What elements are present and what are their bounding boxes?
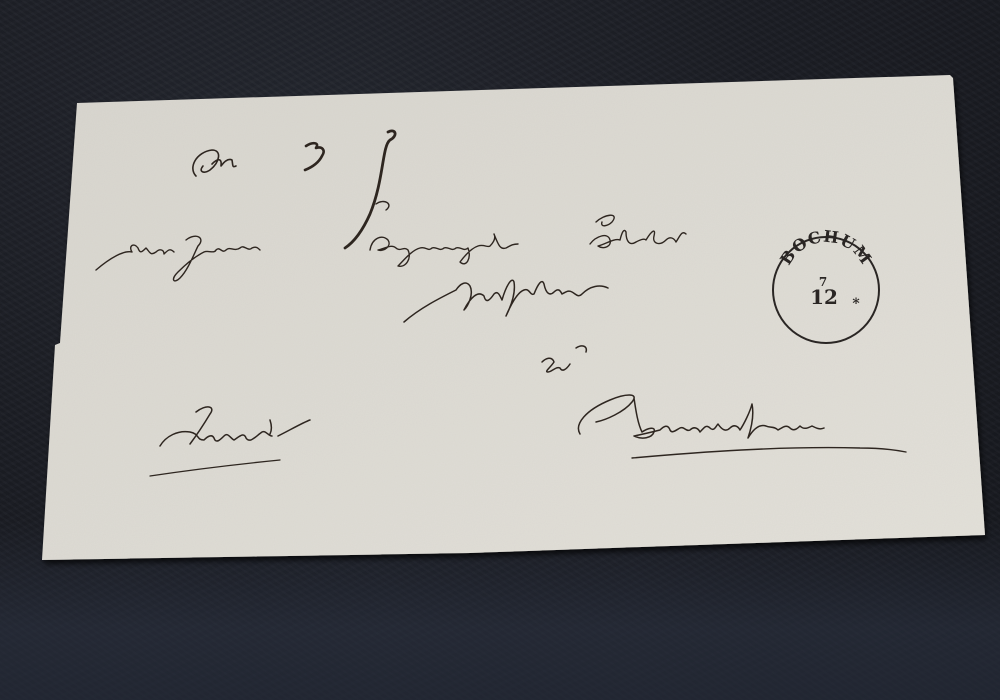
postmark-month: 12 bbox=[810, 285, 838, 309]
paper-grain bbox=[42, 75, 985, 560]
envelope bbox=[42, 75, 985, 560]
postmark-ornament: * bbox=[852, 296, 860, 312]
envelope-scene: BOCHUM 7 12 * bbox=[0, 0, 1000, 700]
